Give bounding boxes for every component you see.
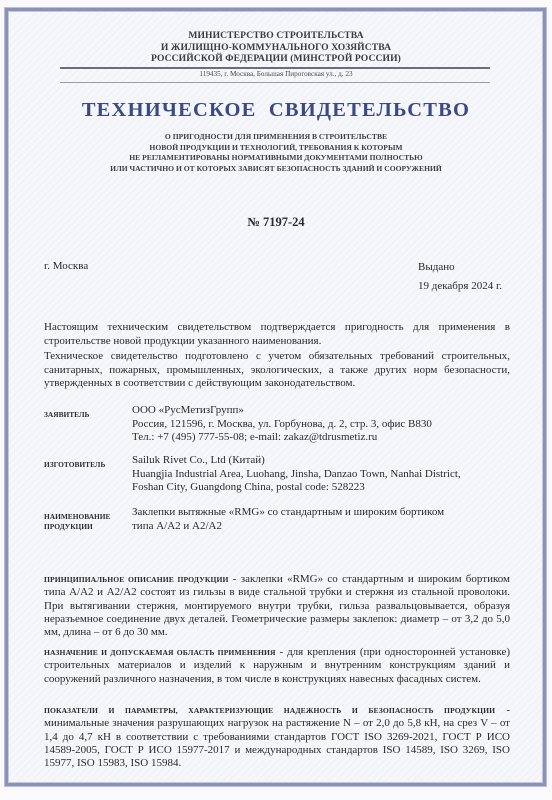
issued-label: Выдано bbox=[418, 258, 502, 277]
manufacturer-label: ИЗГОТОВИТЕЛЬ bbox=[44, 460, 105, 470]
applicant-address: Россия, 121596, г. Москва, ул. Горбунова… bbox=[132, 418, 512, 432]
ministry-line: МИНИСТЕРСТВО СТРОИТЕЛЬСТВА bbox=[0, 30, 552, 42]
subtitle-line: О ПРИГОДНОСТИ ДЛЯ ПРИМЕНЕНИЯ В СТРОИТЕЛЬ… bbox=[0, 132, 552, 143]
product-label-line: ПРОДУКЦИИ bbox=[44, 522, 110, 532]
certificate-page: МИНИСТЕРСТВО СТРОИТЕЛЬСТВА И ЖИЛИЩНО-КОМ… bbox=[0, 0, 552, 800]
product-name-line: Заклепки вытяжные «RMG» со стандартным и… bbox=[132, 506, 512, 520]
ministry-address: 119435, г. Москва, Большая Пироговская у… bbox=[0, 70, 552, 78]
section-description: ПРИНЦИПИАЛЬНОЕ ОПИСАНИЕ ПРОДУКЦИИ - закл… bbox=[44, 573, 510, 639]
subtitle-line: ИЛИ ЧАСТИЧНО И ОТ КОТОРЫХ ЗАВИСЯТ БЕЗОПА… bbox=[0, 164, 552, 175]
product-label-line: НАИМЕНОВАНИЕ bbox=[44, 512, 110, 522]
ministry-line: РОССИЙСКОЙ ФЕДЕРАЦИИ (МИНСТРОЙ РОССИИ) bbox=[0, 53, 552, 65]
applicant-label: ЗАЯВИТЕЛЬ bbox=[44, 410, 89, 420]
manufacturer-address-line: Foshan City, Guangdong China, postal cod… bbox=[132, 481, 512, 495]
applicant-details: ООО «РусМетизГрупп» Россия, 121596, г. М… bbox=[132, 404, 512, 445]
manufacturer-details: Sailuk Rivet Co., Ltd (Китай) Huangjia I… bbox=[132, 454, 512, 495]
header-divider bbox=[60, 67, 490, 69]
applicant-name: ООО «РусМетизГрупп» bbox=[132, 404, 512, 418]
section-purpose-heading: НАЗНАЧЕНИЕ И ДОПУСКАЕМАЯ ОБЛАСТЬ ПРИМЕНЕ… bbox=[44, 648, 276, 657]
document-title: ТЕХНИЧЕСКОЕ СВИДЕТЕЛЬСТВО bbox=[0, 99, 552, 122]
section-parameters-heading: ПОКАЗАТЕЛИ И ПАРАМЕТРЫ, ХАРАКТЕРИЗУЮЩИЕ … bbox=[44, 706, 495, 715]
issued-date: 19 декабря 2024 г. bbox=[418, 277, 502, 296]
product-name: Заклепки вытяжные «RMG» со стандартным и… bbox=[132, 506, 512, 533]
section-description-heading: ПРИНЦИПИАЛЬНОЕ ОПИСАНИЕ ПРОДУКЦИИ bbox=[44, 575, 229, 584]
section-parameters: ПОКАЗАТЕЛИ И ПАРАМЕТРЫ, ХАРАКТЕРИЗУЮЩИЕ … bbox=[44, 704, 510, 770]
product-label: НАИМЕНОВАНИЕ ПРОДУКЦИИ bbox=[44, 512, 110, 531]
applicant-contacts: Тел.: +7 (495) 777-55-08; e-mail: zakaz@… bbox=[132, 431, 512, 445]
intro-paragraph-1: Настоящим техническим свидетельством под… bbox=[44, 321, 510, 348]
issue-block: Выдано 19 декабря 2024 г. bbox=[418, 258, 502, 296]
manufacturer-name: Sailuk Rivet Co., Ltd (Китай) bbox=[132, 454, 512, 468]
document-subtitle: О ПРИГОДНОСТИ ДЛЯ ПРИМЕНЕНИЯ В СТРОИТЕЛЬ… bbox=[0, 132, 552, 174]
issue-city: г. Москва bbox=[44, 260, 88, 272]
section-purpose: НАЗНАЧЕНИЕ И ДОПУСКАЕМАЯ ОБЛАСТЬ ПРИМЕНЕ… bbox=[44, 646, 510, 686]
subtitle-line: НОВОЙ ПРОДУКЦИИ И ТЕХНОЛОГИЙ, ТРЕБОВАНИЯ… bbox=[0, 143, 552, 154]
intro-paragraph-2: Техническое свидетельство подготовлено с… bbox=[44, 350, 510, 391]
ministry-line: И ЖИЛИЩНО-КОММУНАЛЬНОГО ХОЗЯЙСТВА bbox=[0, 42, 552, 54]
subtitle-line: НЕ РЕГЛАМЕНТИРОВАНЫ НОРМАТИВНЫМИ ДОКУМЕН… bbox=[0, 153, 552, 164]
manufacturer-address-line: Huangjia Industrial Area, Luohang, Jinsh… bbox=[132, 468, 512, 482]
certificate-number: № 7197-24 bbox=[0, 215, 552, 230]
ministry-header: МИНИСТЕРСТВО СТРОИТЕЛЬСТВА И ЖИЛИЩНО-КОМ… bbox=[0, 30, 552, 65]
address-divider bbox=[60, 82, 490, 83]
product-name-line: типа A/A2 и A2/A2 bbox=[132, 520, 512, 534]
